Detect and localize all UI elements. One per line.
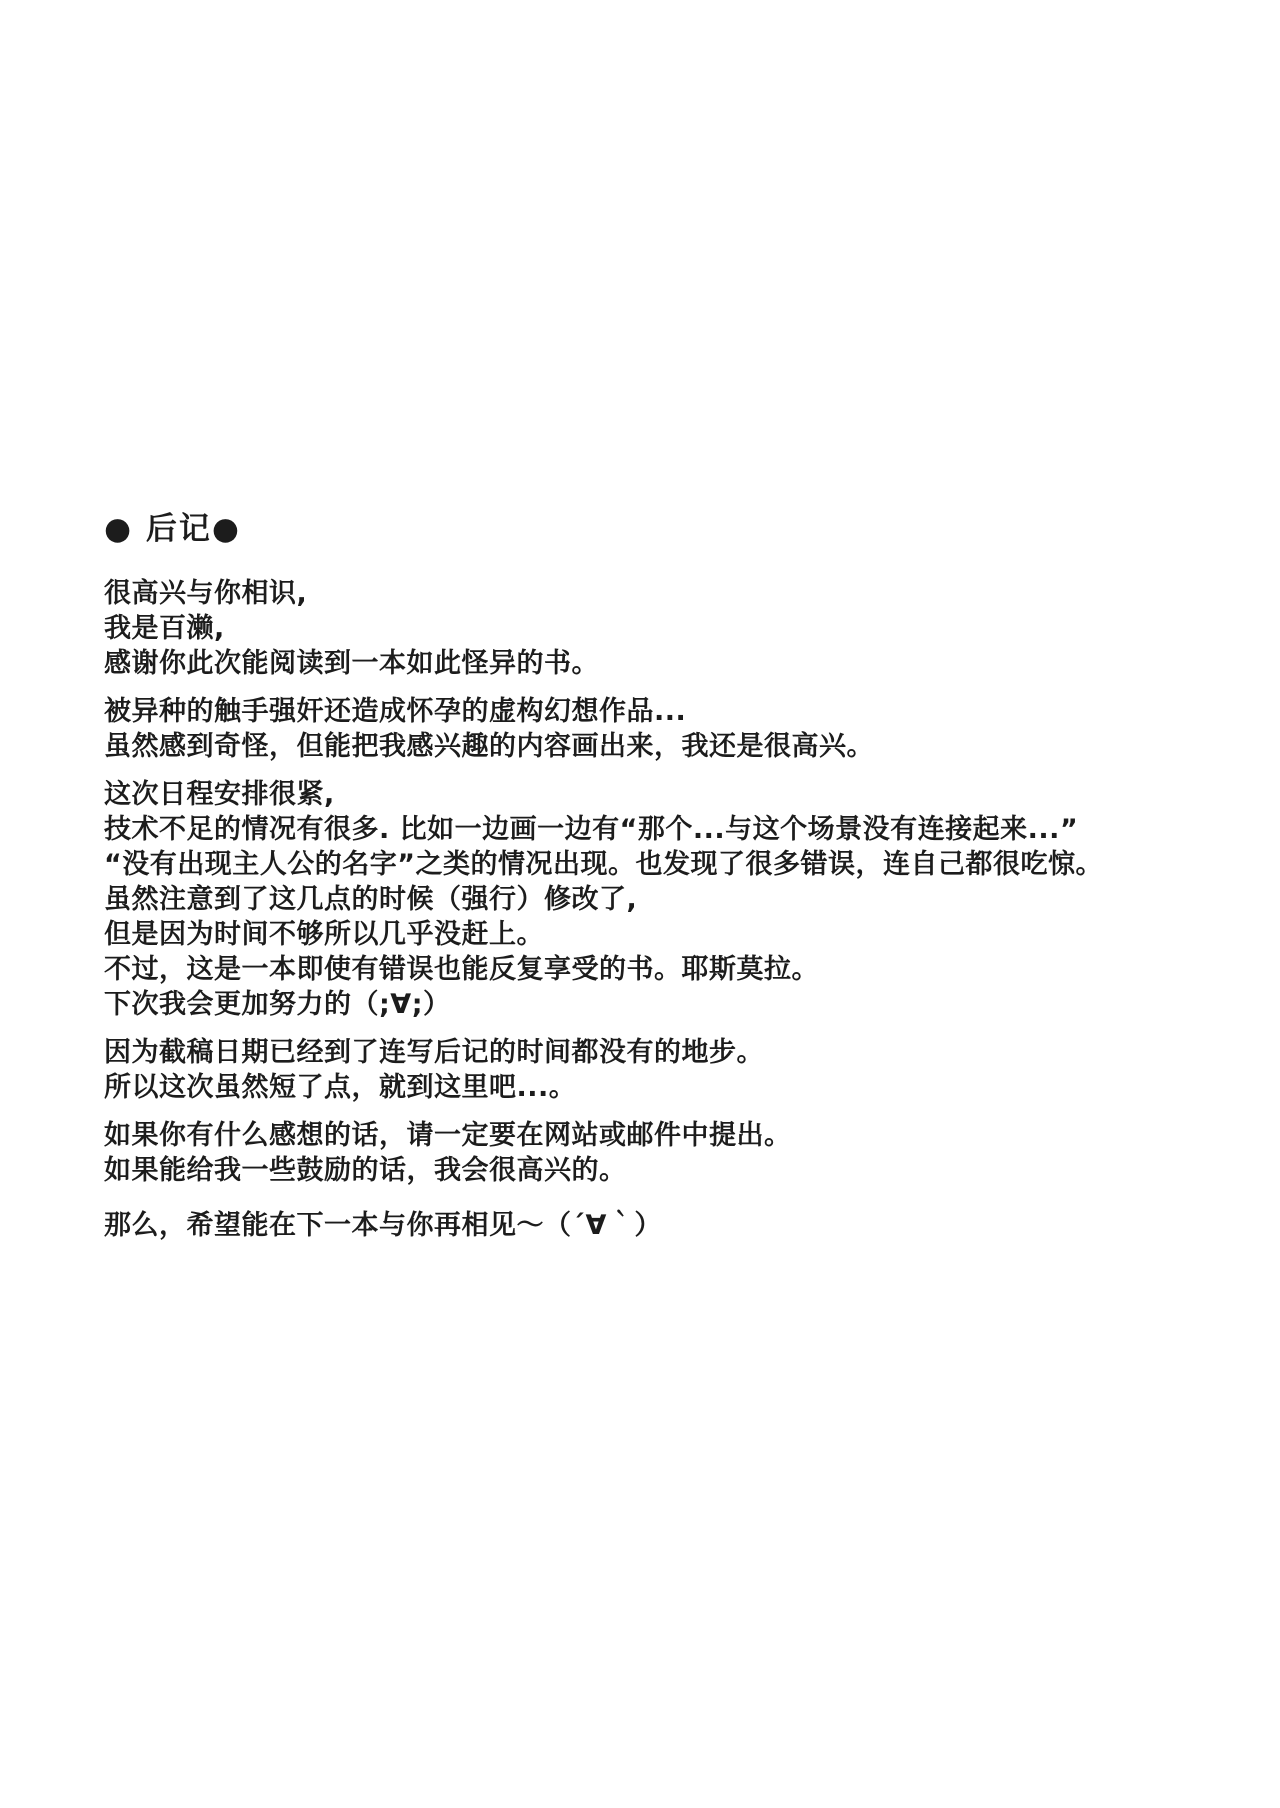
afterword-line: 不过，这是一本即使有错误也能反复享受的书。耶斯莫拉。 bbox=[104, 952, 1214, 987]
paragraph-feedback: 如果你有什么感想的话，请一定要在网站或邮件中提出。 如果能给我一些鼓励的话，我会… bbox=[104, 1118, 1214, 1188]
afterword-line: 很高兴与你相识, bbox=[104, 576, 1214, 611]
afterword-line: 虽然感到奇怪，但能把我感兴趣的内容画出来，我还是很高兴。 bbox=[104, 729, 1214, 764]
paragraph-deadline: 因为截稿日期已经到了连写后记的时间都没有的地步。 所以这次虽然短了点，就到这里吧… bbox=[104, 1035, 1214, 1105]
afterword-line: 因为截稿日期已经到了连写后记的时间都没有的地步。 bbox=[104, 1035, 1214, 1070]
afterword-heading: ● 后记● bbox=[104, 510, 1214, 548]
afterword-line: 那么，希望能在下一本与你再相见～（´∀｀） bbox=[104, 1208, 1214, 1243]
afterword-line: “没有出现主人公的名字”之类的情况出现。也发现了很多错误，连自己都很吃惊。 bbox=[104, 847, 1214, 882]
afterword-line: 下次我会更加努力的（;∀;） bbox=[104, 987, 1214, 1022]
afterword-line: 被异种的触手强奸还造成怀孕的虚构幻想作品... bbox=[104, 694, 1214, 729]
paragraph-farewell: 那么，希望能在下一本与你再相见～（´∀｀） bbox=[104, 1208, 1214, 1243]
afterword-line: 但是因为时间不够所以几乎没赶上。 bbox=[104, 917, 1214, 952]
afterword-line: 这次日程安排很紧, bbox=[104, 777, 1214, 812]
afterword-line: 如果能给我一些鼓励的话，我会很高兴的。 bbox=[104, 1153, 1214, 1188]
afterword-line: 虽然注意到了这几点的时候（强行）修改了, bbox=[104, 882, 1214, 917]
paragraph-schedule: 这次日程安排很紧, 技术不足的情况有很多. 比如一边画一边有“那个...与这个场… bbox=[104, 777, 1214, 1022]
afterword-section: ● 后记● 很高兴与你相识, 我是百濑, 感谢你此次能阅读到一本如此怪异的书。 … bbox=[104, 510, 1214, 1256]
afterword-page: ● 后记● 很高兴与你相识, 我是百濑, 感谢你此次能阅读到一本如此怪异的书。 … bbox=[0, 0, 1280, 1808]
afterword-line: 所以这次虽然短了点，就到这里吧...。 bbox=[104, 1070, 1214, 1105]
afterword-line: 感谢你此次能阅读到一本如此怪异的书。 bbox=[104, 646, 1214, 681]
afterword-line: 如果你有什么感想的话，请一定要在网站或邮件中提出。 bbox=[104, 1118, 1214, 1153]
afterword-line: 我是百濑, bbox=[104, 611, 1214, 646]
afterword-line: 技术不足的情况有很多. 比如一边画一边有“那个...与这个场景没有连接起来...… bbox=[104, 812, 1214, 847]
paragraph-theme: 被异种的触手强奸还造成怀孕的虚构幻想作品... 虽然感到奇怪，但能把我感兴趣的内… bbox=[104, 694, 1214, 764]
paragraph-greeting: 很高兴与你相识, 我是百濑, 感谢你此次能阅读到一本如此怪异的书。 bbox=[104, 576, 1214, 681]
